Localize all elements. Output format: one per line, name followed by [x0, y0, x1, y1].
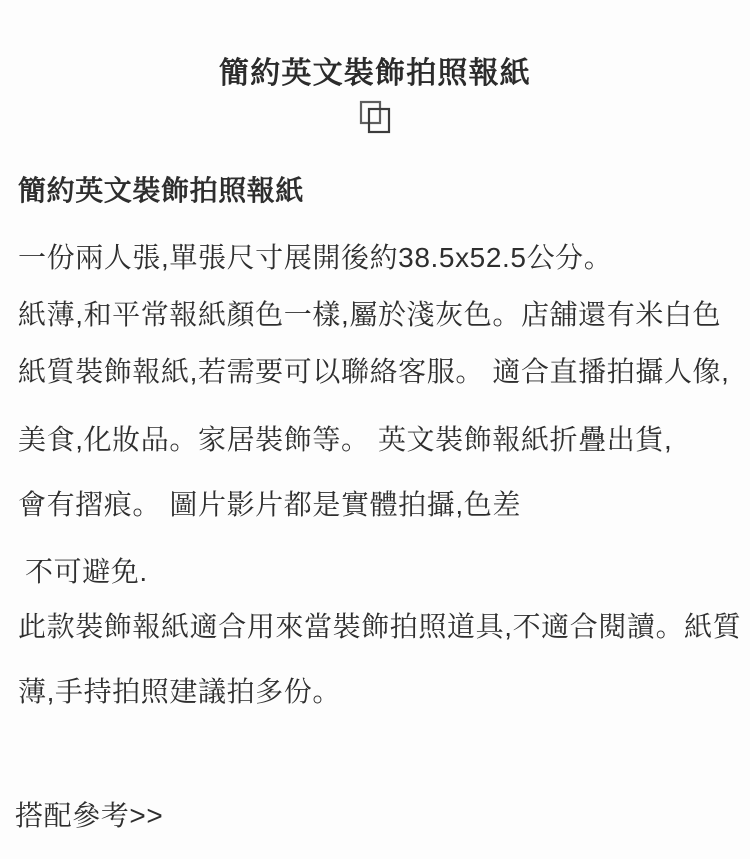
description-line: 此款裝飾報紙適合用來當裝飾拍照道具,不適合閱讀。紙質 [18, 610, 741, 644]
match-reference-link[interactable]: 搭配參考>> [15, 794, 163, 834]
description-line: 一份兩人張,單張尺寸展開後約38.5x52.5公分。 [18, 241, 612, 275]
description-line: 紙質裝飾報紙,若需要可以聯絡客服。 適合直播拍攝人像, [18, 355, 730, 389]
description-heading: 簡約英文裝飾拍照報紙 [18, 169, 304, 209]
description-line: 美食,化妝品。家居裝飾等。 英文裝飾報紙折疊出貨, [18, 423, 672, 457]
overlapping-squares-icon [359, 100, 391, 139]
description-line: 薄,手持拍照建議拍多份。 [18, 675, 341, 709]
page-title: 簡約英文裝飾拍照報紙 [0, 48, 750, 92]
description-line: 不可避免. [25, 555, 148, 589]
product-description-page: 簡約英文裝飾拍照報紙 簡約英文裝飾拍照報紙 一份兩人張,單張尺寸展開後約38.5… [0, 0, 750, 859]
description-line: 紙薄,和平常報紙顏色一樣,屬於淺灰色。店舖還有米白色 [18, 298, 721, 332]
description-line: 會有摺痕。 圖片影片都是實體拍攝,色差 [18, 488, 521, 522]
header-icon-wrap [0, 100, 750, 139]
